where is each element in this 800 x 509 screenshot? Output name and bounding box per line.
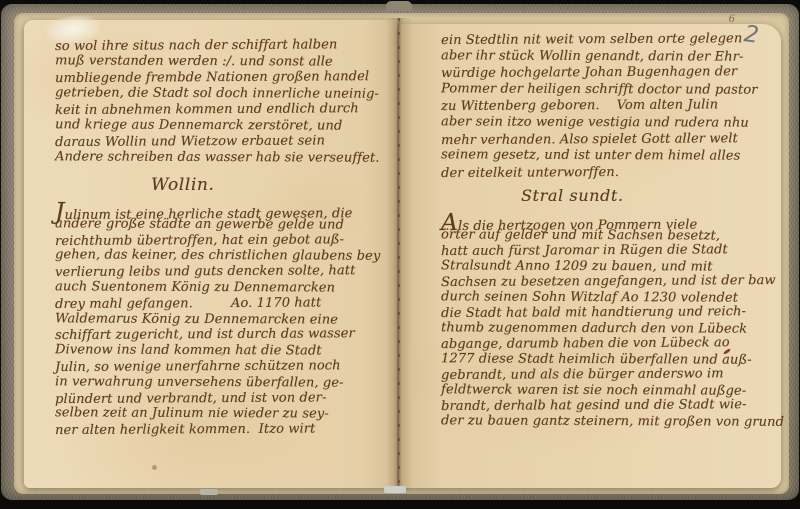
spine-fold — [386, 1, 412, 11]
folio-ink-mark: 6 — [729, 14, 735, 25]
manuscript-line: drey mahl gefangen. Ao. 1170 hatt — [55, 295, 389, 313]
manuscript-line: der zu bauen gantz steinern, mit großen … — [441, 413, 773, 430]
manuscript-line: muß verstanden werden :/. und sonst alle — [55, 53, 389, 70]
manuscript-line: Julinum ist eine herliche stadt gewesen,… — [55, 200, 389, 218]
manuscript-line: mehr verhanden. Also spielet Gott aller … — [441, 131, 773, 150]
manuscript-line: Julin, so wenige unerfahrne schützen noc… — [55, 358, 389, 376]
right-page-text: ein Stedtlin nit weit vom selben orte ge… — [441, 32, 773, 429]
right-opening-paragraph: ein Stedtlin nit weit vom selben orte ge… — [441, 32, 773, 181]
bottom-edge-tab — [384, 486, 406, 493]
manuscript-line: würdige hochgelarte Johan Bugenhagen der — [441, 64, 773, 83]
manuscript-line: getrieben, die Stadt sol doch innerliche… — [55, 85, 389, 102]
manuscript-line: brandt, derhalb hat gesind und die Stadt… — [441, 397, 773, 415]
manuscript-line: der eitelkeit unterworffen. — [441, 164, 773, 183]
bottom-edge-tab — [200, 489, 218, 495]
manuscript-line: Sachsen zu besetzen angefangen, und ist … — [441, 273, 773, 291]
manuscript-line: andere große städte an gewerbe gelde und — [55, 216, 389, 233]
manuscript-line: Divenow ins land kommen hat die Stadt — [55, 342, 389, 359]
left-page: so wol ihre situs nach der schiffart hal… — [24, 20, 397, 488]
manuscript-line: so wol ihre situs nach der schiffart hal… — [55, 37, 389, 55]
manuscript-line: Andere schreiben das wasser hab sie vers… — [55, 149, 389, 166]
manuscript-line: verlierung leibs und guts dencken solte,… — [55, 263, 389, 281]
manuscript-line: ner alten herligkeit kommen. Itzo wirt — [55, 421, 389, 439]
manuscript-line: aber sein itzo wenige vestigia und ruder… — [441, 114, 773, 132]
manuscript-line: auch Suentonem König zu Dennemarcken — [55, 279, 389, 296]
manuscript-line: und kriege aus Dennemarck zerstöret, und — [55, 117, 389, 134]
manuscript-photograph: so wol ihre situs nach der schiffart hal… — [0, 0, 800, 509]
manuscript-line: keit in abnehmen kommen und endlich durc… — [55, 101, 389, 119]
left-page-text: so wol ihre situs nach der schiffart hal… — [55, 38, 389, 438]
wollin-paragraph: Julinum ist eine herliche stadt gewesen,… — [55, 201, 389, 438]
manuscript-line: Als die hertzogen von Pommern viele — [441, 211, 773, 229]
manuscript-line: die Stadt hat bald mit handtierung und r… — [441, 304, 773, 322]
left-opening-paragraph: so wol ihre situs nach der schiffart hal… — [55, 38, 389, 166]
manuscript-line: seinem gesetz, und ist unter dem himel a… — [441, 147, 773, 165]
section-heading-wollin: Wollin. — [151, 173, 389, 197]
manuscript-line: hatt auch fürst Jaromar in Rügen die Sta… — [441, 242, 773, 260]
manuscript-line: gebrandt, und als die bürger anderswo im — [441, 366, 773, 384]
manuscript-line: in verwahrung unversehens überfallen, ge… — [55, 374, 389, 391]
manuscript-line: umbliegende frembde Nationen großen hand… — [55, 69, 389, 87]
right-page: 6 2 ein Stedtlin nit weit vom selben ort… — [399, 24, 781, 488]
manuscript-line: daraus Wollin und Wietzow erbauet sein — [55, 133, 389, 151]
section-heading-stralsund: Stral sundt. — [521, 184, 773, 208]
manuscript-line: aber ihr stück Wollin genandt, darin der… — [441, 48, 773, 66]
manuscript-line: ein Stedtlin nit weit vom selben orte ge… — [441, 31, 773, 50]
manuscript-line: zu Wittenberg geboren. Vom alten Julin — [441, 97, 773, 116]
ink-stain — [152, 465, 157, 470]
manuscript-line: abgange, darumb haben die von Lübeck ao — [441, 335, 773, 353]
stralsund-paragraph: Als die hertzogen von Pommern viele örte… — [441, 212, 773, 429]
